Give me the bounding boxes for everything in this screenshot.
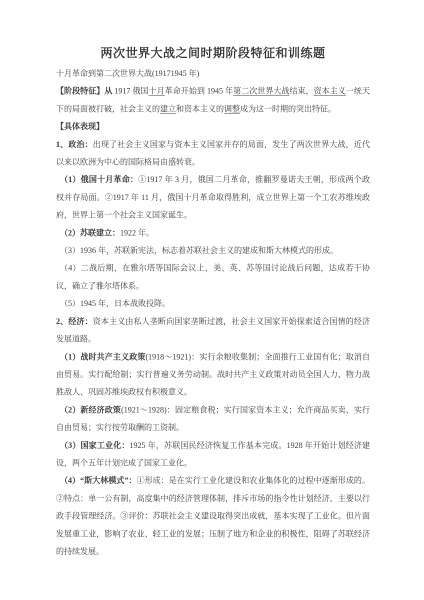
economy-label: 2、经济： <box>56 317 93 326</box>
politics-item-4: （4）二战后期，在雅尔塔等国际会议上，美、英、苏等国讨论战后问题，达成若干协议，… <box>56 260 370 295</box>
stage-feature-underline1: 十月 <box>149 87 165 96</box>
politics-paragraph: 1、政治：出现了社会主义国家与资本主义国家并存的局面，发生了两次世界大战，近代以… <box>56 136 370 171</box>
stage-feature-seg2: 革命开始到 1945 年 <box>165 87 233 96</box>
economy-item-1-paren: (1918～1921)： <box>145 353 199 362</box>
politics-item-3-text: （3）1936 年，苏联新宪法，标志着苏联社会主义的建成和斯大林模式的形成。 <box>60 247 338 256</box>
politics-item-2-label: （2）苏联建立： <box>60 229 120 238</box>
politics-item-2-text: 1922 年。 <box>120 229 154 238</box>
document-title: 两次世界大战之间时期阶段特征和训练题 <box>56 46 370 61</box>
politics-text: 出现了社会主义国家与资本主义国家并存的局面，发生了两次世界大战，近代以来以欧洲为… <box>56 140 370 166</box>
economy-item-4-text: ①形成：是在实行工业化建设和农业集体化的过程中逐渐形成的。②特点：单一公有制，高… <box>56 477 370 556</box>
politics-item-2: （2）苏联建立：1922 年。 <box>56 224 370 242</box>
economy-paragraph: 2、经济：资本主义由私人垄断向国家垄断过渡，社会主义国家开始探索适合国情的经济发… <box>56 313 370 348</box>
stage-feature-underline2: 第二次世界大战 <box>233 87 289 96</box>
stage-feature-seg6: 成为这一时期的突出特征。 <box>240 105 336 114</box>
politics-item-5-text: （5）1945 年，日本战败投降。 <box>60 300 170 309</box>
stage-feature-underline3: 资本主义 <box>314 87 346 96</box>
stage-feature-paragraph: 【阶段特征】从 1917 俄国十月革命开始到 1945 年第二次世界大战结束，资… <box>56 83 370 118</box>
concrete-heading-label: 【具体表现】 <box>56 123 104 132</box>
economy-item-2-paren: (1921～1928)： <box>121 406 175 415</box>
politics-item-3: （3）1936 年，苏联新宪法，标志着苏联社会主义的建成和斯大林模式的形成。 <box>56 242 370 260</box>
economy-item-2: （2）新经济政策(1921～1928)：固定粮食税；实行国家资本主义；允许商品买… <box>56 401 370 436</box>
document-page: 两次世界大战之间时期阶段特征和训练题 十月革命到第二次世界大战(19171945… <box>0 0 424 600</box>
economy-item-1-label: （1）战时共产主义政策 <box>60 353 145 362</box>
politics-item-1-label: （1）俄国十月革命： <box>60 176 138 185</box>
politics-item-1: （1）俄国十月革命：①1917 年 3 月，俄国二月革命，推翻罗曼诺夫王朝，形成… <box>56 171 370 224</box>
stage-feature-underline5: 调整 <box>224 105 240 114</box>
stage-feature-seg1: 1917 俄国 <box>112 87 148 96</box>
document-content: 两次世界大战之间时期阶段特征和训练题 十月革命到第二次世界大战(19171945… <box>56 46 370 561</box>
politics-label: 1、政治： <box>56 140 93 149</box>
economy-item-4-label: （4）“斯大林模式”： <box>60 477 137 486</box>
economy-item-1: （1）战时共产主义政策(1918～1921)：实行余粮收集制；全面推行工业国有化… <box>56 348 370 401</box>
economy-item-2-label: （2）新经济政策 <box>60 406 121 415</box>
stage-feature-seg3: 结束， <box>289 87 313 96</box>
stage-feature-label: 【阶段特征】从 <box>56 87 112 96</box>
politics-item-5: （5）1945 年，日本战败投降。 <box>56 295 370 313</box>
concrete-heading: 【具体表现】 <box>56 118 370 136</box>
economy-item-4: （4）“斯大林模式”：①形成：是在实行工业化建设和农业集体化的过程中逐渐形成的。… <box>56 472 370 561</box>
subtitle-text: 十月革命到第二次世界大战(19171945 年) <box>56 70 199 79</box>
stage-feature-seg5: 和资本主义的 <box>176 105 224 114</box>
subtitle: 十月革命到第二次世界大战(19171945 年) <box>56 65 370 83</box>
economy-item-3: （3）国家工业化：1925 年，苏联国民经济恢复工作基本完成。1928 年开始计… <box>56 437 370 472</box>
politics-item-4-text: （4）二战后期，在雅尔塔等国际会议上，美、英、苏等国讨论战后问题，达成若干协议，… <box>56 264 370 290</box>
stage-feature-underline4: 建立 <box>160 105 176 114</box>
economy-item-3-label: （3）国家工业化： <box>60 441 130 450</box>
economy-text: 资本主义由私人垄断向国家垄断过渡，社会主义国家开始探索适合国情的经济发展道路。 <box>56 317 370 343</box>
